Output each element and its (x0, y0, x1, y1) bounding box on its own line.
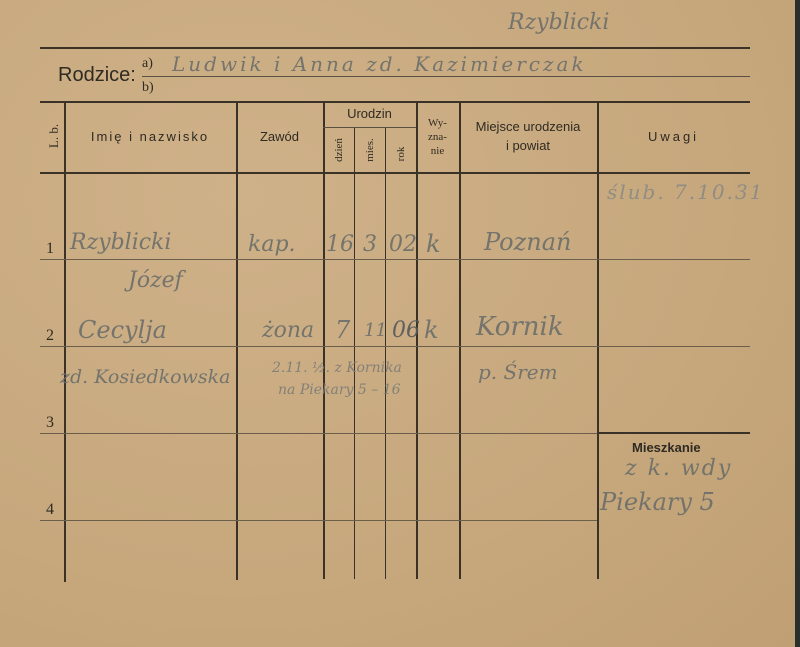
parents-b-marker: b) (142, 80, 154, 96)
col-header-year: rok (395, 136, 407, 172)
row1-firstname: Józef (128, 268, 183, 293)
col-header-place-1: Miejsce urodzenia (459, 119, 597, 134)
birth-subheader-rule (323, 127, 416, 128)
row1-religion: k (426, 230, 441, 258)
row-rule-2 (40, 346, 750, 347)
surname-handwritten: Rzyblicki (508, 10, 609, 35)
parents-a-marker: a) (142, 56, 153, 72)
row1-name: Rzyblicki (70, 230, 171, 255)
row2-month: 11 (364, 320, 387, 341)
row2-day: 7 (335, 316, 350, 344)
col-line-place (597, 101, 599, 579)
col-header-religion-3: nie (416, 145, 459, 157)
row2-place: Kornik (476, 312, 564, 342)
col-line-name (236, 101, 238, 580)
residence-label: Mieszkanie (632, 440, 701, 455)
col-header-job: Zawód (236, 129, 323, 144)
row2-maiden-name: zd. Kosiedkowska (60, 366, 230, 388)
row1-place: Poznań (484, 228, 572, 256)
row-number-1: 1 (46, 240, 54, 258)
col-header-birth: Urodzin (323, 106, 416, 121)
row2-year: 06 (392, 318, 420, 343)
col-header-notes: Uwagi (597, 129, 750, 144)
col-header-day: dzień (333, 132, 345, 168)
row-number-2: 2 (46, 327, 54, 345)
row1-month: 3 (363, 232, 377, 257)
col-line-religion (459, 101, 461, 579)
col-header-religion-2: zna- (416, 131, 459, 143)
row-rule-3 (40, 433, 597, 434)
row2-annotation-line1: 2.11. ½. z Kornika (272, 360, 402, 376)
row2-district: p. Śrem (478, 360, 558, 384)
col-line-day (354, 127, 355, 579)
residence-line2: Piekary 5 (600, 488, 715, 516)
parents-a-value: Ludwik i Anna zd. Kazimierczak (172, 52, 587, 76)
col-header-lb: L. b. (46, 116, 62, 156)
col-line-left (64, 101, 66, 582)
row-rule-1 (40, 259, 750, 260)
col-line-job (323, 101, 325, 579)
row1-year: 02 (389, 232, 417, 257)
parents-a-rule (142, 76, 750, 77)
row1-notes: ślub. 7.10.31 (607, 180, 764, 204)
row2-religion: k (424, 316, 439, 344)
row-rule-4 (40, 520, 597, 521)
header-bottom-rule (40, 172, 750, 174)
col-header-religion-1: Wy- (416, 117, 459, 129)
row2-name: Cecylja (78, 316, 167, 344)
row-number-3: 3 (46, 414, 54, 432)
residence-line1: z k. wdy (625, 456, 732, 481)
parents-label: Rodzice: (58, 64, 136, 87)
row-number-4: 4 (46, 501, 54, 519)
row2-annotation-line2: na Piekary 5 – 16 (278, 382, 401, 398)
col-line-month (385, 127, 386, 579)
top-rule (40, 47, 750, 49)
row1-job: kap. (248, 232, 296, 257)
residence-top-rule (598, 432, 750, 434)
scan-edge (795, 0, 800, 647)
registration-card: Rzyblicki Rodzice: a) b) Ludwik i Anna z… (0, 0, 795, 647)
row2-job: żona (262, 318, 314, 343)
col-header-name: Imię i nazwisko (64, 129, 236, 144)
col-header-month: mies. (364, 132, 376, 168)
header-top-rule (40, 101, 750, 103)
row1-day: 16 (326, 232, 354, 257)
col-header-place-2: i powiat (459, 138, 597, 153)
